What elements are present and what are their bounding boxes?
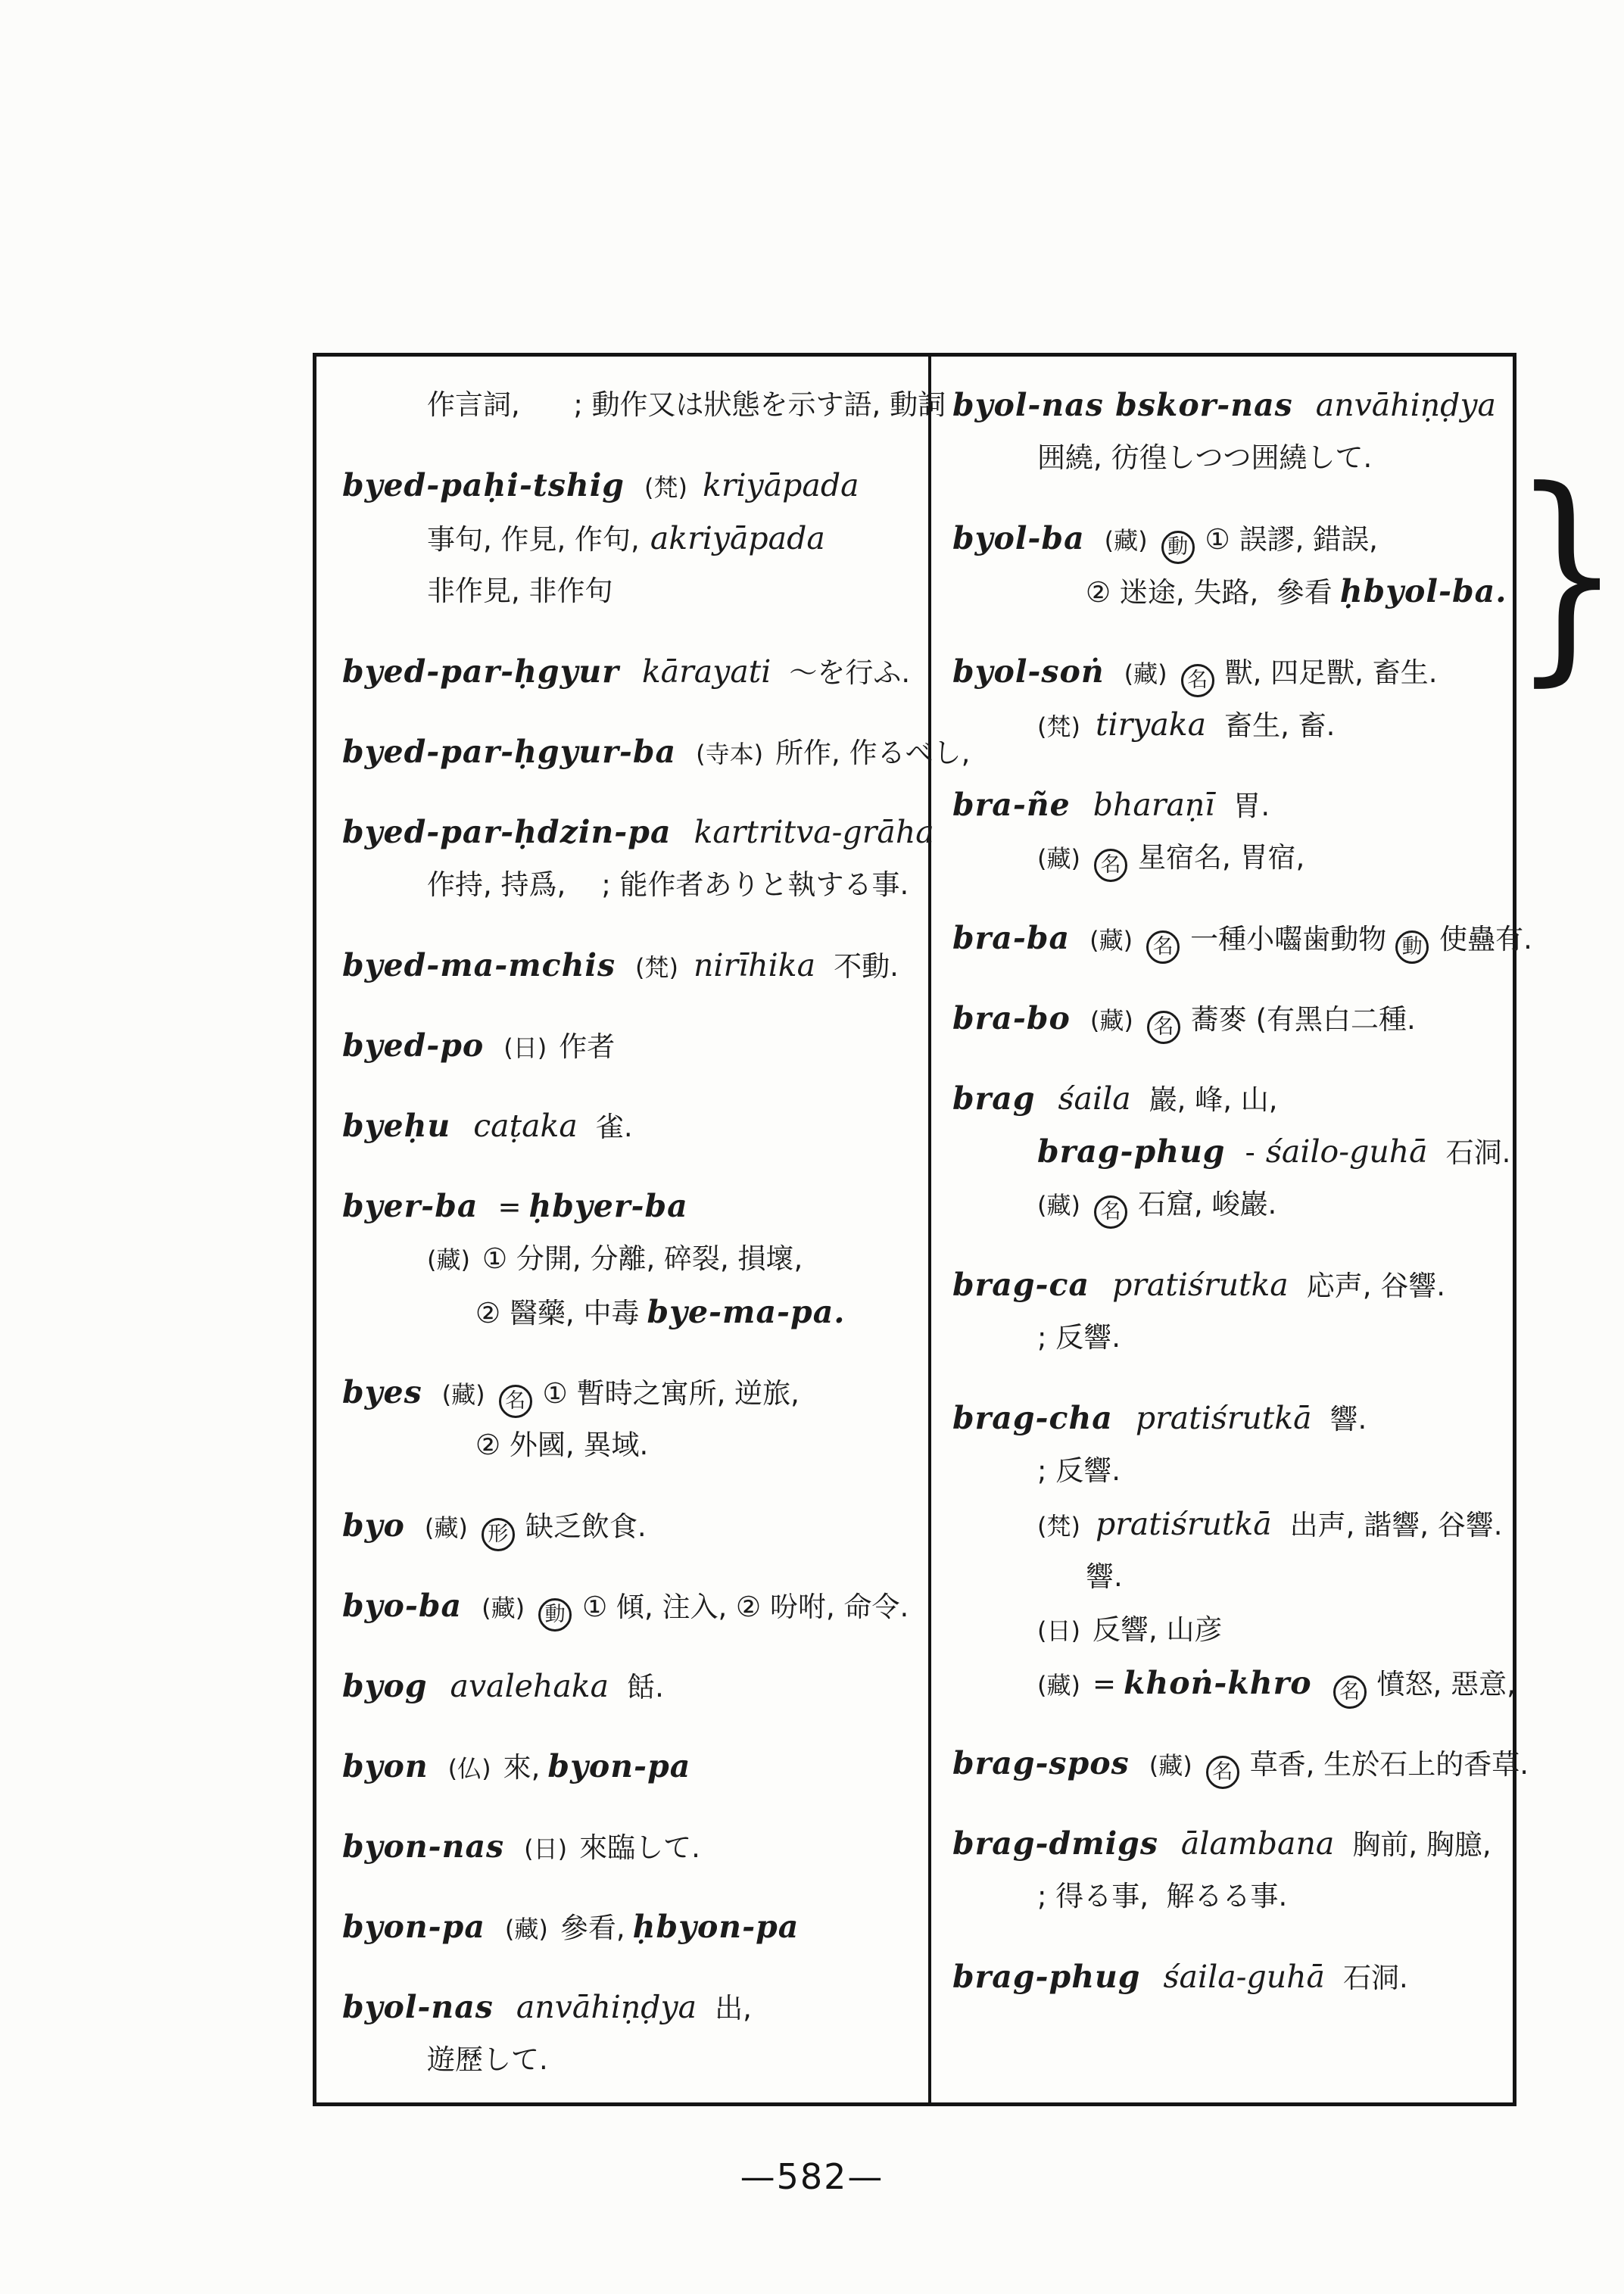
entry-line: byogavalehaka餂. (342, 1660, 918, 1713)
pos-badge: 動 (538, 1598, 572, 1632)
dictionary-entry: 作言詞, ; 動作又は狀態を示す語, 動詞 (342, 379, 918, 432)
romanized-term: anvāhiṇḍya (1316, 387, 1496, 423)
language-marker: (藏) (427, 1245, 470, 1274)
pos-badge: 名 (1146, 930, 1180, 964)
language-marker: (仏) (448, 1754, 491, 1783)
gloss-text: 響. (1330, 1403, 1367, 1435)
entry-line: byol-nasanvāhiṇḍya出, (342, 1981, 918, 2034)
entry-line: byed-par-ḥdzin-pakartritva-grāha (342, 806, 918, 859)
gloss-text: 響. (1086, 1560, 1123, 1593)
language-marker: (藏) (1105, 526, 1148, 555)
romanized-term: kartritva-grāha (694, 814, 934, 850)
language-marker: (藏) (505, 1915, 548, 1943)
entry-line: byed-po(日)作者 (342, 1019, 918, 1072)
tibetan-headword: byed-par-ḥdzin-pa (342, 814, 672, 850)
entry-line: byed-par-ḥgyur-ba(寺本)所作, 作るべし, (342, 725, 918, 778)
gloss-text: 石洞. (1343, 1962, 1408, 1994)
entry-line: brag-capratiśrutka応声, 谷響. (952, 1258, 1513, 1311)
dictionary-entry: byon-nas(日)來臨して. (342, 1820, 918, 1873)
dictionary-entry: brag-chapratiśrutkā響.; 反響.(梵)pratiśrutkā… (952, 1392, 1513, 1710)
gloss-text: 來, (503, 1751, 541, 1784)
gloss-text: = (497, 1191, 521, 1223)
gloss-text: 使蠱有. (1439, 923, 1532, 955)
gloss-text: 巖, 峰, 山, (1149, 1083, 1278, 1116)
tibetan-headword: byed-po (342, 1027, 484, 1064)
tibetan-headword: brag-spos (952, 1745, 1130, 1781)
dictionary-entry: bragśaila巖, 峰, 山,brag-phug-śailo-guhā石洞.… (952, 1072, 1513, 1231)
romanized-term: pratiśrutkā (1096, 1506, 1272, 1542)
gloss-text: 來臨して. (579, 1831, 700, 1864)
language-marker: (藏) (1090, 1006, 1133, 1035)
dictionary-entry: byeḥucaṭaka雀. (342, 1099, 918, 1152)
tibetan-headword: byed-par-ḥgyur (342, 653, 619, 690)
gloss-text: 雀. (596, 1111, 633, 1143)
romanized-term: anvāhiṇḍya (516, 1989, 697, 2025)
entry-line: 響. (1086, 1551, 1513, 1604)
tibetan-headword: byol-nas (342, 1989, 494, 2025)
entry-line: ② 外國, 異域. (475, 1419, 918, 1472)
tibetan-headword: byog (342, 1668, 428, 1704)
pos-badge: 名 (1094, 1195, 1127, 1229)
entry-line: byon(仏)來,byon-pa (342, 1740, 918, 1793)
entry-line: byo-ba(藏)動① 傾, 注入, ② 吩咐, 命令. (342, 1579, 918, 1632)
tibetan-headword: brag-ca (952, 1267, 1089, 1303)
pos-badge: 名 (1333, 1675, 1367, 1709)
entry-line: bragśaila巖, 峰, 山, (952, 1072, 1513, 1125)
gloss-text: ① 誤謬, 錯誤, (1205, 523, 1378, 556)
romanized-term: kriyāpada (703, 467, 859, 503)
tibetan-headword: ḥbyer-ba (528, 1188, 687, 1224)
gloss-text: 草香, 生於石上的香草. (1250, 1748, 1529, 1781)
language-marker: (日) (503, 1033, 547, 1062)
tibetan-headword: bra-ñe (952, 787, 1071, 823)
romanized-term: kārayati (642, 653, 771, 690)
entry-line: byed-ma-mchis(梵)nirīhika不動. (342, 939, 918, 992)
dictionary-entry: bra-ñebharaṇī胃.(藏)名星宿名, 胃宿, (952, 778, 1513, 884)
entry-line: (梵)tiryaka畜生, 畜. (1037, 698, 1513, 751)
margin-brace-mark: } (1513, 453, 1547, 695)
dictionary-entry: brag-dmigsālambana胸前, 胸臆,; 得る事, 解るる事. (952, 1817, 1513, 1923)
entry-line: byeḥucaṭaka雀. (342, 1099, 918, 1152)
entry-line: ; 得る事, 解るる事. (1037, 1870, 1513, 1923)
entry-line: brag-chapratiśrutkā響. (952, 1392, 1513, 1445)
tibetan-headword: khoṅ-khro (1124, 1665, 1312, 1701)
gloss-text: 一種小囓歯動物 (1190, 923, 1386, 955)
gloss-text: 憤怒, 惡意, (1377, 1668, 1516, 1700)
gloss-text: ① 分開, 分離, 碎裂, 損壞, (482, 1242, 803, 1275)
entry-line: 非作見, 非作句 (427, 565, 918, 618)
entry-line: (藏)=khoṅ-khro名憤怒, 惡意, (1037, 1657, 1513, 1710)
gloss-text: 事句, 作見, 作句, (427, 523, 640, 556)
entry-line: brag-phug-śailo-guhā石洞. (1037, 1125, 1513, 1178)
gloss-text: ① 暫時之寓所, 逆旅, (543, 1377, 800, 1410)
pos-badge: 名 (1094, 849, 1127, 882)
language-marker: (藏) (1037, 844, 1080, 873)
dictionary-entry: byo(藏)形缺乏飲食. (342, 1499, 918, 1552)
tibetan-headword: byo (342, 1507, 405, 1544)
gloss-text: - (1245, 1136, 1255, 1169)
dictionary-entry: byol-soṅ(藏)名獸, 四足獸, 畜生.(梵)tiryaka畜生, 畜. (952, 645, 1513, 751)
tibetan-headword: byer-ba (342, 1188, 478, 1224)
dictionary-entry: byed-paḥi-tshig(梵)kriyāpada事句, 作見, 作句,ak… (342, 459, 918, 618)
tibetan-headword: byo-ba (342, 1588, 462, 1624)
language-marker: (日) (1037, 1616, 1080, 1645)
entry-line: byol-soṅ(藏)名獸, 四足獸, 畜生. (952, 645, 1513, 698)
romanized-term: akriyāpada (650, 520, 825, 556)
dictionary-entry: byed-ma-mchis(梵)nirīhika不動. (342, 939, 918, 992)
gloss-text: 作言詞, ; 動作又は狀態を示す語, 動詞 (427, 388, 946, 421)
gloss-text: = (1093, 1668, 1116, 1700)
gloss-text: 餂. (627, 1671, 664, 1703)
pos-badge: 名 (1181, 664, 1214, 697)
left-column: 作言詞, ; 動作又は狀態を示す語, 動詞byed-paḥi-tshig(梵)k… (342, 379, 918, 2114)
entry-line: bra-ba(藏)名一種小囓歯動物動使蠱有. (952, 912, 1513, 965)
romanized-term: pratiśrutkā (1136, 1400, 1312, 1436)
gloss-text: 獸, 四足獸, 畜生. (1225, 656, 1438, 689)
tibetan-headword: brag-cha (952, 1400, 1113, 1436)
gloss-text: 胃. (1233, 790, 1270, 822)
gloss-text: 星宿名, 胃宿, (1138, 841, 1304, 874)
language-marker: (藏) (1089, 926, 1133, 955)
entry-line: (藏)名星宿名, 胃宿, (1037, 831, 1513, 884)
entry-line: byo(藏)形缺乏飲食. (342, 1499, 918, 1552)
tibetan-headword: brag-dmigs (952, 1825, 1158, 1862)
entry-line: ② 醫藥, 中毒bye-ma-pa. (475, 1286, 918, 1339)
dictionary-entry: byed-par-ḥgyurkārayati〜を行ふ. (342, 645, 918, 698)
romanized-term: śailo-guhā (1266, 1133, 1428, 1170)
tibetan-headword: brag-phug (952, 1959, 1140, 1995)
dictionary-entry: byol-nas bskor-nasanvāhiṇḍya囲繞, 彷徨しつつ囲繞し… (952, 379, 1513, 485)
entry-line: byol-nas bskor-nasanvāhiṇḍya (952, 379, 1513, 432)
entry-line: byed-paḥi-tshig(梵)kriyāpada (342, 459, 918, 512)
entry-line: (日)反響, 山彦 (1037, 1604, 1513, 1657)
entry-line: byol-ba(藏)動① 誤謬, 錯誤, (952, 512, 1513, 565)
language-marker: (藏) (442, 1380, 485, 1409)
dictionary-entry: byes(藏)名① 暫時之寓所, 逆旅,② 外國, 異域. (342, 1366, 918, 1472)
romanized-term: śaila (1058, 1080, 1131, 1117)
gloss-text: 畜生, 畜. (1224, 709, 1335, 742)
language-marker: (梵) (635, 953, 678, 982)
tibetan-headword: byol-nas bskor-nas (952, 387, 1293, 423)
language-marker: (寺本) (696, 740, 763, 768)
dictionary-entry: byon-pa(藏)參看,ḥbyon-pa (342, 1900, 918, 1953)
tibetan-headword: ḥbyol-ba. (1340, 573, 1507, 609)
tibetan-headword: brag (952, 1080, 1036, 1117)
entry-line: brag-phugśaila-guhā石洞. (952, 1950, 1513, 2003)
entry-line: byed-par-ḥgyurkārayati〜を行ふ. (342, 645, 918, 698)
entry-line: (藏)名石窟, 峻巖. (1037, 1178, 1513, 1231)
romanized-term: tiryaka (1096, 706, 1206, 743)
gloss-text: 參看, (560, 1912, 625, 1944)
gloss-text: 石洞. (1446, 1136, 1511, 1169)
pos-badge: 名 (1147, 1011, 1180, 1044)
right-column: byol-nas bskor-nasanvāhiṇḍya囲繞, 彷徨しつつ囲繞し… (952, 379, 1513, 2031)
gloss-text: 応声, 谷響. (1307, 1270, 1445, 1302)
dictionary-entry: bra-bo(藏)名蕎麥 (有黑白二種. (952, 992, 1513, 1045)
language-marker: (藏) (1124, 659, 1167, 688)
entry-line: (藏)① 分開, 分離, 碎裂, 損壞, (427, 1233, 918, 1286)
language-marker: (梵) (644, 473, 687, 502)
entry-line: ; 反響. (1037, 1311, 1513, 1364)
column-divider-rule (928, 353, 931, 2106)
language-marker: (梵) (1037, 712, 1080, 741)
dictionary-entry: byon(仏)來,byon-pa (342, 1740, 918, 1793)
language-marker: (藏) (482, 1594, 525, 1622)
dictionary-entry: brag-capratiśrutka応声, 谷響.; 反響. (952, 1258, 1513, 1364)
dictionary-entry: byol-nasanvāhiṇḍya出,遊歷して. (342, 1981, 918, 2087)
dictionary-entry: byo-ba(藏)動① 傾, 注入, ② 吩咐, 命令. (342, 1579, 918, 1632)
scanned-dictionary-page: 作言詞, ; 動作又は狀態を示す語, 動詞byed-paḥi-tshig(梵)k… (0, 0, 1624, 2294)
tibetan-headword: byeḥu (342, 1108, 450, 1144)
entry-line: 事句, 作見, 作句,akriyāpada (427, 512, 918, 565)
entry-line: 囲繞, 彷徨しつつ囲繞して. (1037, 432, 1513, 485)
gloss-text: ; 反響. (1037, 1321, 1121, 1354)
gloss-text: 反響, 山彦 (1093, 1613, 1223, 1646)
romanized-term: ālambana (1181, 1825, 1334, 1862)
entry-line: 作持, 持爲, ; 能作者ありと執する事. (427, 859, 918, 912)
dictionary-entry: brag-phugśaila-guhā石洞. (952, 1950, 1513, 2003)
dictionary-entry: byol-ba(藏)動① 誤謬, 錯誤,② 迷途, 失路, 參看ḥbyol-ba… (952, 512, 1513, 618)
entry-line: ; 反響. (1037, 1445, 1513, 1498)
dictionary-entry: byed-po(日)作者 (342, 1019, 918, 1072)
tibetan-headword: bra-ba (952, 920, 1070, 956)
entry-line: byon-pa(藏)參看,ḥbyon-pa (342, 1900, 918, 1953)
entry-line: byer-ba=ḥbyer-ba (342, 1180, 918, 1233)
romanized-term: avalehaka (450, 1668, 609, 1704)
tibetan-headword: byed-ma-mchis (342, 947, 616, 983)
pos-badge: 名 (499, 1385, 532, 1418)
gloss-text: 遊歷して. (427, 2043, 548, 2076)
gloss-text: ; 反響. (1037, 1454, 1121, 1487)
dictionary-entry: bra-ba(藏)名一種小囓歯動物動使蠱有. (952, 912, 1513, 965)
tibetan-headword: byol-ba (952, 520, 1085, 556)
gloss-text: 作持, 持爲, ; 能作者ありと執する事. (427, 868, 909, 901)
tibetan-headword: byed-par-ḥgyur-ba (342, 734, 676, 770)
dictionary-entry: byed-par-ḥgyur-ba(寺本)所作, 作るべし, (342, 725, 918, 778)
gloss-text: 所作, 作るべし, (775, 737, 970, 769)
tibetan-headword: brag-phug (1037, 1133, 1225, 1170)
gloss-text: 石窟, 峻巖. (1138, 1188, 1276, 1220)
language-marker: (藏) (425, 1513, 468, 1542)
dictionary-entry: byogavalehaka餂. (342, 1660, 918, 1713)
entry-line: brag-dmigsālambana胸前, 胸臆, (952, 1817, 1513, 1870)
entry-line: (梵)pratiśrutkā出声, 諧響, 谷響. (1037, 1498, 1513, 1551)
tibetan-headword: byes (342, 1374, 422, 1410)
page-number: —582— (0, 2156, 1624, 2197)
gloss-text: 作者 (559, 1030, 615, 1063)
entry-line: ② 迷途, 失路, 參看ḥbyol-ba. (1086, 565, 1513, 618)
tibetan-headword: byol-soṅ (952, 653, 1105, 690)
tibetan-headword: byon-pa (547, 1748, 690, 1784)
romanized-term: śaila-guhā (1163, 1959, 1325, 1995)
gloss-text: 胸前, 胸臆, (1352, 1828, 1491, 1861)
dictionary-entry: byed-par-ḥdzin-pakartritva-grāha作持, 持爲, … (342, 806, 918, 912)
pos-badge: 動 (1161, 531, 1195, 564)
tibetan-headword: bra-bo (952, 1000, 1071, 1036)
entry-line: byon-nas(日)來臨して. (342, 1820, 918, 1873)
entry-line: 遊歷して. (427, 2034, 918, 2087)
gloss-text: 囲繞, 彷徨しつつ囲繞して. (1037, 441, 1372, 474)
tibetan-headword: ḥbyon-pa (633, 1909, 800, 1945)
entry-line: 作言詞, ; 動作又は狀態を示す語, 動詞 (427, 379, 918, 432)
gloss-text: 缺乏飲食. (525, 1510, 647, 1543)
tibetan-headword: byon-nas (342, 1828, 504, 1865)
tibetan-headword: byon (342, 1748, 429, 1784)
language-marker: (藏) (1037, 1671, 1080, 1700)
tibetan-headword: byed-paḥi-tshig (342, 467, 625, 503)
dictionary-entry: byer-ba=ḥbyer-ba(藏)① 分開, 分離, 碎裂, 損壞,② 醫藥… (342, 1180, 918, 1339)
dictionary-entry: brag-spos(藏)名草香, 生於石上的香草. (952, 1737, 1513, 1790)
gloss-text: ② 醫藥, 中毒 (475, 1297, 639, 1329)
romanized-term: pratiśrutka (1112, 1267, 1289, 1303)
entry-line: bra-bo(藏)名蕎麥 (有黑白二種. (952, 992, 1513, 1045)
language-marker: (日) (524, 1834, 567, 1863)
gloss-text: ; 得る事, 解るる事. (1037, 1880, 1287, 1912)
entry-line: bra-ñebharaṇī胃. (952, 778, 1513, 831)
pos-badge: 形 (482, 1518, 515, 1551)
pos-badge: 名 (1206, 1756, 1239, 1789)
gloss-text: 出声, 諧響, 谷響. (1290, 1509, 1503, 1541)
gloss-text: 出, (715, 1992, 752, 2024)
language-marker: (藏) (1149, 1751, 1192, 1780)
gloss-text: 〜を行ふ. (789, 656, 910, 689)
romanized-term: caṭaka (473, 1108, 578, 1144)
tibetan-headword: byon-pa (342, 1909, 485, 1945)
gloss-text: 不動. (834, 950, 899, 983)
language-marker: (藏) (1037, 1191, 1080, 1220)
gloss-text: ① 傾, 注入, ② 吩咐, 命令. (582, 1591, 909, 1623)
romanized-term: bharaṇī (1093, 787, 1215, 823)
romanized-term: nirīhika (694, 947, 815, 983)
entry-line: byes(藏)名① 暫時之寓所, 逆旅, (342, 1366, 918, 1419)
language-marker: (梵) (1037, 1512, 1080, 1541)
gloss-text: 蕎麥 (有黑白二種. (1191, 1003, 1416, 1036)
gloss-text: ② 迷途, 失路, 參看 (1086, 576, 1333, 609)
pos-badge: 動 (1395, 930, 1429, 964)
gloss-text: ② 外國, 異域. (475, 1429, 648, 1461)
gloss-text: 非作見, 非作句 (427, 575, 613, 607)
entry-line: brag-spos(藏)名草香, 生於石上的香草. (952, 1737, 1513, 1790)
tibetan-headword: bye-ma-pa. (647, 1294, 845, 1330)
